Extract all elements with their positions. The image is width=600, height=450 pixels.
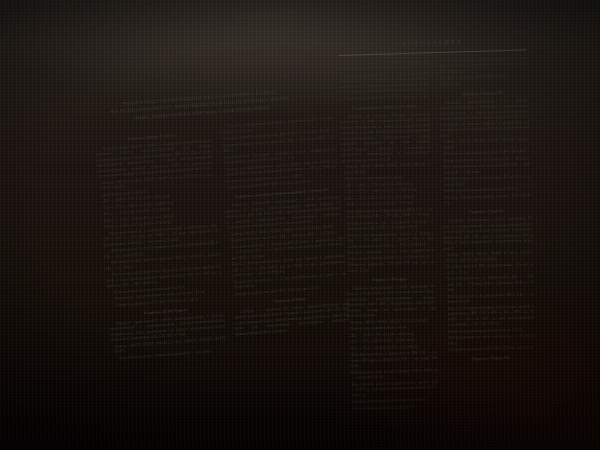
photo-of-open-book: ДОПОЛНЕНИЕ РАБОТА НАД СПРАВОЧНИКОМ БЫЛА … — [0, 0, 600, 450]
text-block: Радиола представляет собой приемник IV к… — [345, 283, 435, 319]
text-block: Чувствительность в диапазонах ДВ — 150 м… — [444, 273, 534, 292]
text-block: Габариты радиолы 720×300×270 мм, вес не … — [345, 259, 435, 273]
text-block: Радиола «Чайка-М» — [448, 354, 534, 362]
text-block: «Гайна» — радиола III класса, предназнач… — [233, 300, 350, 336]
right-page-column-2: как при приеме радиостанций, так и при п… — [437, 55, 537, 410]
text-block: Радиола представляет собой приемник II к… — [442, 215, 532, 251]
text-block: как при приеме радиостанций, так и при п… — [437, 55, 527, 74]
left-page-column-2: 150 мкв; с магнитной антенной в диапазон… — [218, 115, 354, 395]
right-page-content: ДОПОЛНЕНИЕ 393 АРУ и ручные регулировки … — [338, 28, 537, 409]
text-block: Полоса воспроизводимых частот 125—4000 г… — [441, 192, 531, 206]
left-page-content: ДОПОЛНЕНИЕ РАБОТА НАД СПРАВОЧНИКОМ БЫЛА … — [86, 8, 355, 413]
text-block: Радиола III класса «Минск» отличается на… — [340, 111, 431, 163]
text-block: Радиола предназначена для приема радиове… — [438, 97, 529, 138]
text-block: Радиола «Сириус-М» — [440, 89, 526, 97]
left-page-column-1: Радиола «Вихрь Р-101-Л»Радиола представл… — [94, 125, 230, 405]
text-block: При приеме радиостанций полоса частот 15… — [348, 379, 438, 398]
left-page-columns: Радиола «Вихрь Р-101-Л»Радиола представл… — [94, 115, 354, 405]
text-block: Стереорадиола «Минск РС-101Л» — [342, 103, 428, 111]
text-block: Полоса воспроизводимых частот в трактах … — [344, 230, 434, 249]
page-number: 393 — [517, 28, 525, 34]
right-page-column-1: АРУ и ручные регулировки тембра по низши… — [339, 58, 439, 413]
text-block: Радиола «Урал-6» — [444, 207, 530, 215]
text-block: Чувствительность в диапазонах ДВ, СВ — н… — [347, 349, 437, 368]
right-running-head: ДОПОЛНЕНИЕ — [401, 39, 463, 47]
text-block: Радиола выпускается в двух вариантах: ра… — [339, 70, 429, 95]
text-block: Радиола «Рекорд» — [347, 275, 433, 283]
right-page-columns: АРУ и ручные регулировки тембра по низши… — [339, 55, 537, 412]
text-block: Полоса воспроизводимых частот при приеме… — [445, 303, 535, 328]
